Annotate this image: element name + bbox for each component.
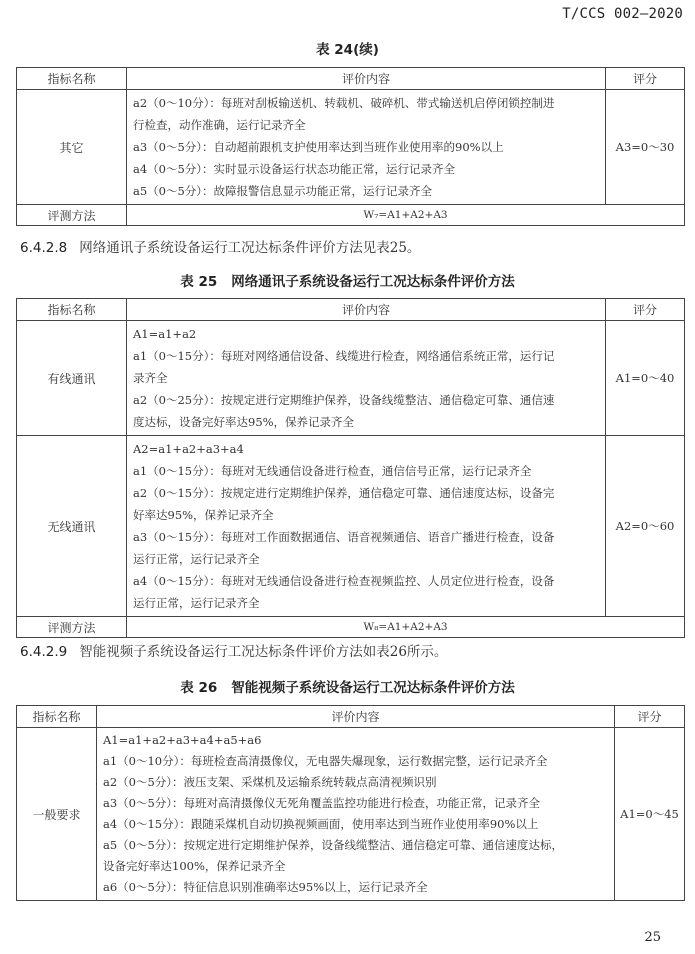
table-25: 指标名称 评价内容 评分 有线通讯 A1=a1+a2 a1（0～15分）：每班对… bbox=[16, 298, 685, 638]
score-range: A1=0～45 bbox=[615, 728, 685, 901]
clause-number: 6.4.2.9 bbox=[20, 644, 67, 660]
table-row: 一般要求 A1=a1+a2+a3+a4+a5+a6 a1（0～10分）：每班检查… bbox=[17, 728, 685, 901]
evaluation-content: a2（0～10分）：每班对刮板输送机、转载机、破碎机、带式输送机启停闭锁控制进 … bbox=[127, 90, 606, 205]
content-line: a3（0～5分）：自动超前跟机支护使用率达到当班作业使用率的90%以上 bbox=[133, 136, 599, 158]
clause-6-4-2-8: 6.4.2.8网络通讯子系统设备运行工况达标条件评价方法见表25。 bbox=[20, 236, 420, 256]
method-row: 评测方法 W₇=A1+A2+A3 bbox=[17, 205, 685, 226]
column-header-content: 评价内容 bbox=[97, 706, 615, 728]
content-line: a2（0～15分）：按规定进行定期维护保养，通信稳定可靠、通信速度达标，设备完 bbox=[133, 482, 599, 504]
table-25-number: 表 25 bbox=[180, 274, 217, 290]
content-line: a3（0～15分）：每班对工作面数据通信、语音视频通信、语音广播进行检查，设备 bbox=[133, 526, 599, 548]
table-26-caption: 表 26智能视频子系统设备运行工况达标条件评价方法 bbox=[0, 676, 695, 696]
table-25-title: 网络通讯子系统设备运行工况达标条件评价方法 bbox=[231, 274, 515, 290]
page-number: 25 bbox=[644, 930, 661, 945]
content-line: a5（0～5分）：故障报警信息显示功能正常，运行记录齐全 bbox=[133, 180, 599, 202]
table-26-title: 智能视频子系统设备运行工况达标条件评价方法 bbox=[231, 680, 515, 696]
table-24-continued: (续) bbox=[353, 42, 379, 58]
table-24-caption: 表 24(续) bbox=[0, 38, 695, 58]
table-24: 指标名称 评价内容 评分 其它 a2（0～10分）：每班对刮板输送机、转载机、破… bbox=[16, 67, 685, 226]
content-line: a5（0～5分）：按规定进行定期维护保养，设备线缆整洁、通信稳定可靠、通信速度达… bbox=[103, 835, 608, 856]
evaluation-content: A1=a1+a2 a1（0～15分）：每班对网络通信设备、线缆进行检查，网络通信… bbox=[127, 321, 606, 436]
content-line: a1（0～10分）：每班检查高清摄像仪，无电器失爆现象，运行数据完整，运行记录齐… bbox=[103, 751, 608, 772]
method-label: 评测方法 bbox=[17, 205, 127, 226]
evaluation-content: A1=a1+a2+a3+a4+a5+a6 a1（0～10分）：每班检查高清摄像仪… bbox=[97, 728, 615, 901]
content-line: a2（0～5分）：液压支架、采煤机及运输系统转载点高清视频识别 bbox=[103, 772, 608, 793]
content-line: 运行正常，运行记录齐全 bbox=[133, 592, 599, 614]
method-formula: W₇=A1+A2+A3 bbox=[127, 205, 685, 226]
content-line: 运行正常，运行记录齐全 bbox=[133, 548, 599, 570]
column-header-indicator: 指标名称 bbox=[17, 299, 127, 321]
table-row: 其它 a2（0～10分）：每班对刮板输送机、转载机、破碎机、带式输送机启停闭锁控… bbox=[17, 90, 685, 205]
content-line: A2=a1+a2+a3+a4 bbox=[133, 438, 599, 460]
indicator-name: 一般要求 bbox=[17, 728, 97, 901]
content-line: a1（0～15分）：每班对网络通信设备、线缆进行检查，网络通信系统正常，运行记 bbox=[133, 345, 599, 367]
indicator-name: 有线通讯 bbox=[17, 321, 127, 436]
clause-text: 网络通讯子系统设备运行工况达标条件评价方法见表25。 bbox=[79, 240, 420, 256]
clause-text: 智能视频子系统设备运行工况达标条件评价方法如表26所示。 bbox=[79, 644, 447, 660]
content-line: 行检查，动作准确，运行记录齐全 bbox=[133, 114, 599, 136]
column-header-score: 评分 bbox=[615, 706, 685, 728]
score-range: A1=0～40 bbox=[606, 321, 685, 436]
clause-number: 6.4.2.8 bbox=[20, 240, 67, 256]
column-header-score: 评分 bbox=[606, 299, 685, 321]
table-25-caption: 表 25网络通讯子系统设备运行工况达标条件评价方法 bbox=[0, 270, 695, 290]
column-header-content: 评价内容 bbox=[127, 299, 606, 321]
content-line: a2（0～10分）：每班对刮板输送机、转载机、破碎机、带式输送机启停闭锁控制进 bbox=[133, 92, 599, 114]
table-header-row: 指标名称 评价内容 评分 bbox=[17, 299, 685, 321]
content-line: A1=a1+a2+a3+a4+a5+a6 bbox=[103, 730, 608, 751]
score-range: A2=0～60 bbox=[606, 436, 685, 617]
content-line: 度达标，设备完好率达95%，保养记录齐全 bbox=[133, 411, 599, 433]
content-line: a3（0～5分）：每班对高清摄像仪无死角覆盖监控功能进行检查，功能正常，记录齐全 bbox=[103, 793, 608, 814]
content-line: 好率达95%，保养记录齐全 bbox=[133, 504, 599, 526]
column-header-indicator: 指标名称 bbox=[17, 706, 97, 728]
evaluation-content: A2=a1+a2+a3+a4 a1（0～15分）：每班对无线通信设备进行检查，通… bbox=[127, 436, 606, 617]
content-line: 设备完好率达100%，保养记录齐全 bbox=[103, 856, 608, 877]
method-row: 评测方法 W₈=A1+A2+A3 bbox=[17, 617, 685, 638]
standard-number: T/CCS 002—2020 bbox=[562, 6, 683, 22]
table-header-row: 指标名称 评价内容 评分 bbox=[17, 706, 685, 728]
content-line: A1=a1+a2 bbox=[133, 323, 599, 345]
table-row: 无线通讯 A2=a1+a2+a3+a4 a1（0～15分）：每班对无线通信设备进… bbox=[17, 436, 685, 617]
content-line: a6（0～5分）：特征信息识别准确率达95%以上，运行记录齐全 bbox=[103, 877, 608, 898]
table-row: 有线通讯 A1=a1+a2 a1（0～15分）：每班对网络通信设备、线缆进行检查… bbox=[17, 321, 685, 436]
indicator-name: 其它 bbox=[17, 90, 127, 205]
content-line: 录齐全 bbox=[133, 367, 599, 389]
table-26-number: 表 26 bbox=[180, 680, 217, 696]
indicator-name: 无线通讯 bbox=[17, 436, 127, 617]
table-26: 指标名称 评价内容 评分 一般要求 A1=a1+a2+a3+a4+a5+a6 a… bbox=[16, 705, 685, 901]
column-header-indicator: 指标名称 bbox=[17, 68, 127, 90]
content-line: a4（0～15分）：跟随采煤机自动切换视频画面，使用率达到当班作业使用率90%以… bbox=[103, 814, 608, 835]
content-line: a2（0～25分）：按规定进行定期维护保养，设备线缆整洁、通信稳定可靠、通信速 bbox=[133, 389, 599, 411]
content-line: a4（0～15分）：每班对无线通信设备进行检查视频监控、人员定位进行检查，设备 bbox=[133, 570, 599, 592]
method-label: 评测方法 bbox=[17, 617, 127, 638]
content-line: a4（0～5分）：实时显示设备运行状态功能正常，运行记录齐全 bbox=[133, 158, 599, 180]
table-24-number: 表 24 bbox=[316, 42, 353, 58]
column-header-content: 评价内容 bbox=[127, 68, 606, 90]
content-line: a1（0～15分）：每班对无线通信设备进行检查，通信信号正常，运行记录齐全 bbox=[133, 460, 599, 482]
score-range: A3=0～30 bbox=[606, 90, 685, 205]
table-header-row: 指标名称 评价内容 评分 bbox=[17, 68, 685, 90]
clause-6-4-2-9: 6.4.2.9智能视频子系统设备运行工况达标条件评价方法如表26所示。 bbox=[20, 640, 447, 660]
method-formula: W₈=A1+A2+A3 bbox=[127, 617, 685, 638]
column-header-score: 评分 bbox=[606, 68, 685, 90]
